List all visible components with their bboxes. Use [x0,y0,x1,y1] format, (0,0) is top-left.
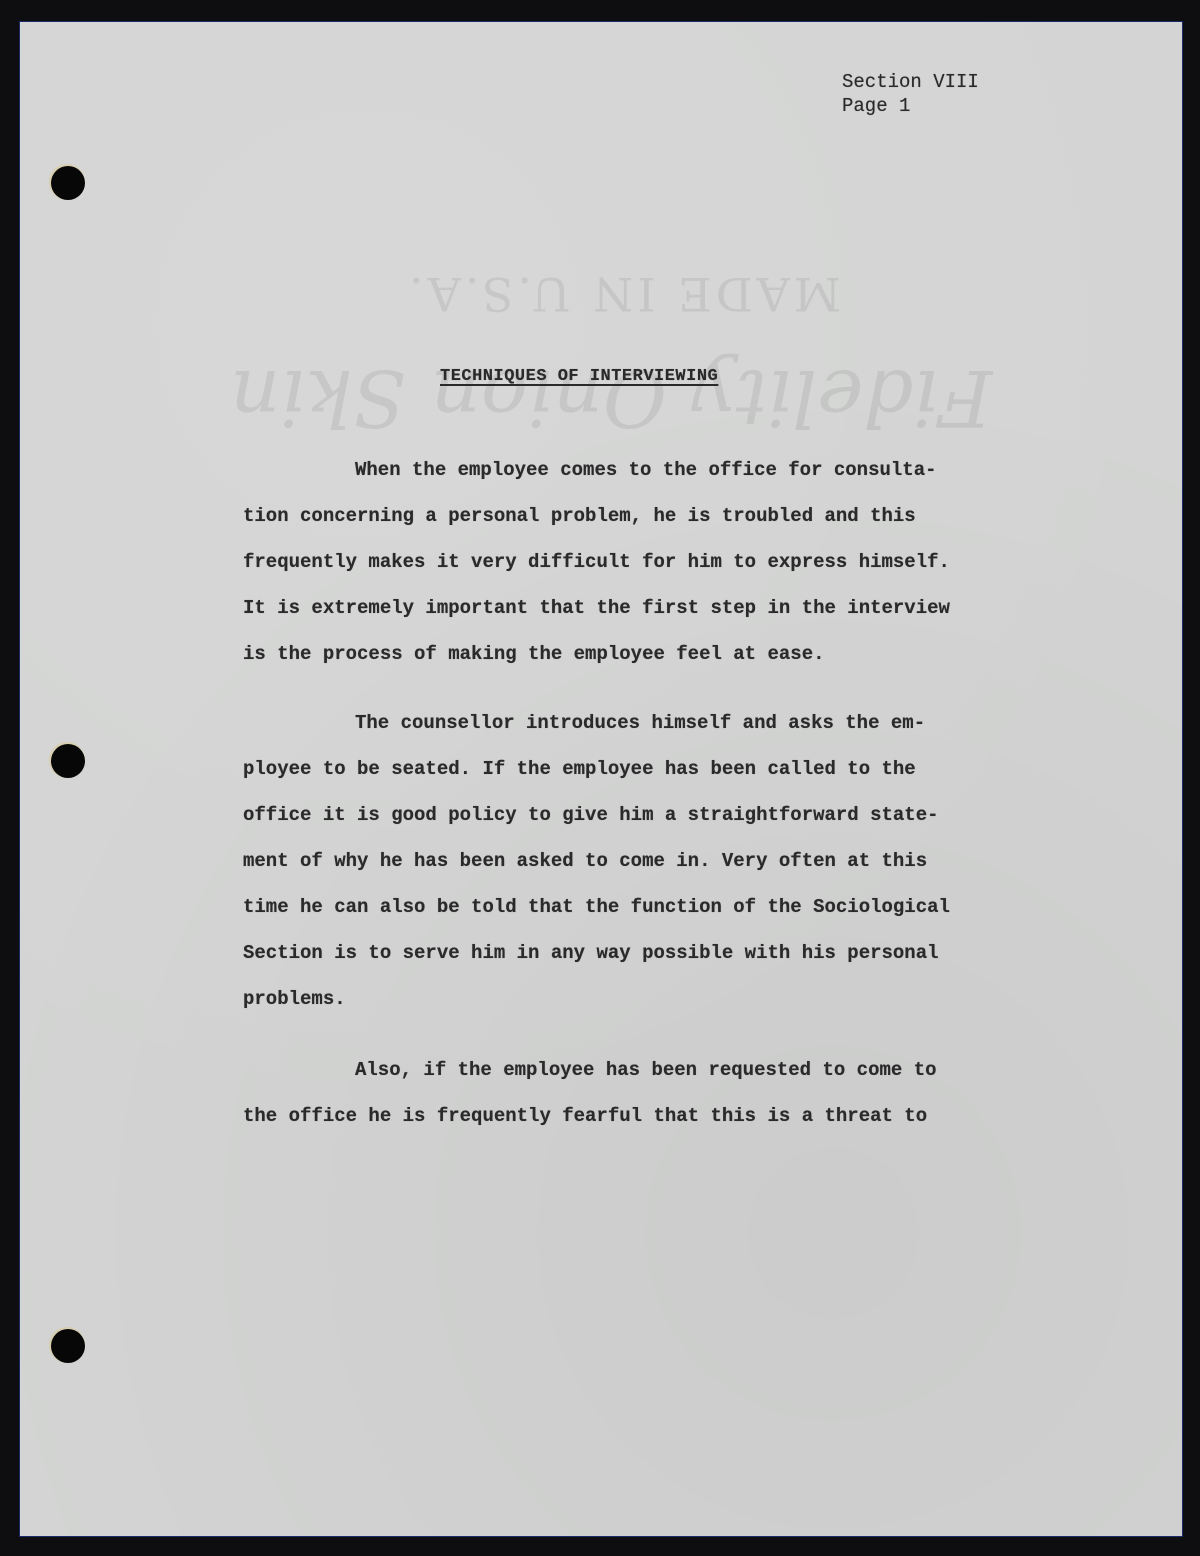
scanned-page: MADE IN U.S.A. Fidelity Onion Skin Secti… [0,0,1200,1556]
section-label: Section VIII [842,70,979,94]
paragraph-1-line-1: When the employee comes to the office fo… [355,457,937,483]
paragraph-1-line-4: It is extremely important that the first… [243,595,950,621]
paragraph-2-line-2: ployee to be seated. If the employee has… [243,756,916,782]
paragraph-2-line-7: problems. [243,986,346,1012]
punch-hole-middle [51,744,85,778]
paragraph-2-line-5: time he can also be told that the functi… [243,894,950,920]
paragraph-1-line-2: tion concerning a personal problem, he i… [243,503,916,529]
paragraph-3-line-1: Also, if the employee has been requested… [355,1057,937,1083]
document-title: TECHNIQUES OF INTERVIEWING [440,367,718,386]
punch-hole-top [51,166,85,200]
paragraph-2-line-4: ment of why he has been asked to come in… [243,848,927,874]
page-number: Page 1 [842,94,979,118]
page-header: Section VIII Page 1 [842,70,979,118]
watermark-made-in-usa: MADE IN U.S.A. [405,267,841,321]
paragraph-1-line-3: frequently makes it very difficult for h… [243,549,950,575]
paragraph-1-line-5: is the process of making the employee fe… [243,641,825,667]
punch-hole-bottom [51,1329,85,1363]
paragraph-2-line-3: office it is good policy to give him a s… [243,802,939,828]
watermark-brand: Fidelity Onion Skin [230,352,992,442]
paragraph-3-line-2: the office he is frequently fearful that… [243,1103,927,1129]
paper-sheet: MADE IN U.S.A. Fidelity Onion Skin Secti… [20,22,1182,1536]
paragraph-2-line-1: The counsellor introduces himself and as… [355,710,925,736]
paragraph-2-line-6: Section is to serve him in any way possi… [243,940,939,966]
